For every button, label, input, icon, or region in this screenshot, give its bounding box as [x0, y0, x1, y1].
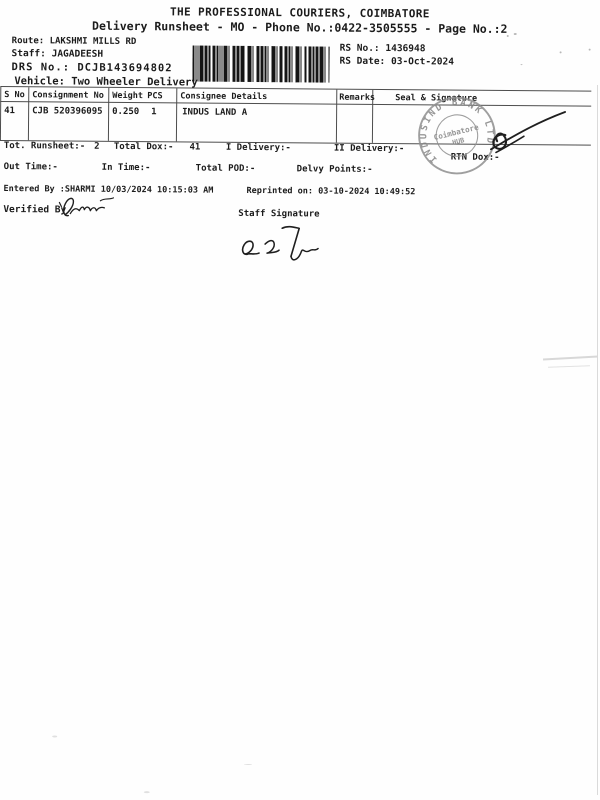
col-header-remarks: Remarks — [339, 93, 375, 103]
col-header-consignment-no: Consignment No — [32, 90, 104, 101]
drs-no-line: DRS No.: DCJB143694802 — [11, 62, 172, 74]
staff-signature-scribble — [238, 222, 320, 271]
col-header-consignee-details: Consignee Details — [180, 91, 267, 102]
scan-speck — [144, 791, 150, 793]
scan-speck — [52, 735, 57, 737]
barcode-icon — [192, 46, 329, 83]
route-value: LAKSHMI MILLS RD — [50, 36, 137, 47]
col-header-s-no: S No — [4, 90, 25, 100]
staff-label: Staff: — [12, 48, 46, 59]
staff-value: JAGADEESH — [52, 48, 104, 59]
staff-line: Staff: JAGADEESH — [12, 49, 104, 60]
scan-edge-line — [597, 85, 598, 795]
summary-delvy-points: Delvy Points:- — [297, 165, 373, 175]
cell-consignee: INDUS LAND A — [182, 107, 247, 118]
col-header-weight: Weight — [112, 91, 143, 101]
rs-no-line: RS No.: 1436948 — [340, 44, 426, 55]
rs-date-line: RS Date: 03-Oct-2024 — [339, 57, 453, 68]
scanned-delivery-runsheet: THE PROFESSIONAL COURIERS, COIMBATORE De… — [0, 0, 600, 800]
scan-speck — [521, 64, 523, 65]
drs-no-value: DCJB143694802 — [77, 62, 172, 75]
summary-ii-delivery: II Delivery:- — [334, 145, 405, 155]
stamp-unit: HUB — [452, 136, 466, 147]
scan-speck — [507, 35, 509, 37]
summary-in-time: In Time:- — [102, 164, 151, 174]
scan-speck — [514, 33, 517, 35]
scan-speck — [244, 764, 252, 765]
drs-no-label: DRS No.: — [11, 61, 70, 73]
rs-date-value: 03-Oct-2024 — [391, 56, 454, 67]
cell-s-no: 41 — [4, 106, 15, 116]
rs-no-label: RS No.: — [340, 43, 380, 54]
col-header-pcs: PCS — [147, 91, 162, 101]
cell-weight: 0.250 — [112, 107, 139, 117]
verified-by-signature — [56, 194, 122, 223]
route-label: Route: — [12, 36, 45, 46]
summary-total-pod: Total POD:- — [196, 165, 256, 175]
summary-out-time: Out Time:- — [4, 163, 58, 173]
scan-content: THE PROFESSIONAL COURIERS, COIMBATORE De… — [0, 0, 600, 800]
rs-no-value: 1436948 — [385, 43, 425, 54]
reprinted-on-line: Reprinted on: 03-10-2024 10:49:52 — [246, 187, 415, 197]
route-line: Route: LAKSHMI MILLS RD — [12, 37, 137, 47]
summary-total-dox: Total Dox:-41 — [114, 143, 201, 153]
cell-consignment-no: CJB 520396095 — [32, 106, 103, 117]
summary-i-delivery: I Delivery:- — [226, 144, 291, 154]
document-subtitle: Delivery Runsheet - MO - Phone No.:0422-… — [0, 19, 600, 36]
cell-pcs: 1 — [151, 107, 157, 117]
scan-speck — [560, 51, 562, 53]
scan-speck — [589, 49, 591, 51]
staff-signature-label: Staff Signature — [238, 210, 319, 220]
summary-tot-runsheet: Tot. Runsheet:-2 — [4, 142, 100, 152]
rs-date-label: RS Date: — [339, 56, 385, 67]
seal-signature-scribble — [487, 104, 569, 157]
